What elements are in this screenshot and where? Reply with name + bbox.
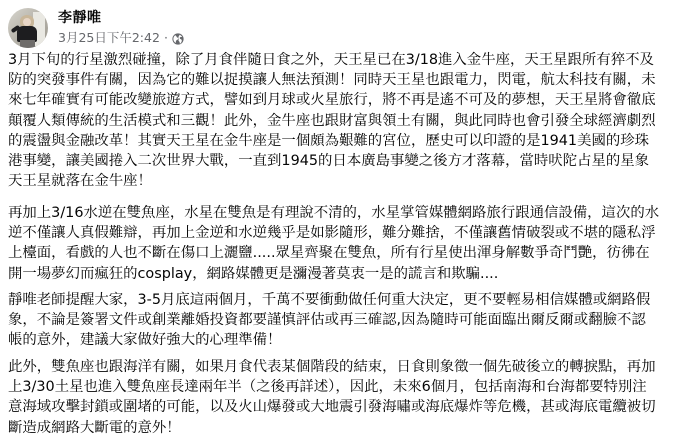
separator-dot: · bbox=[164, 29, 168, 47]
text-line: 帳的意外，建議大家做好強大的心理準備！ bbox=[8, 330, 650, 350]
author-avatar[interactable] bbox=[8, 8, 48, 48]
author-name[interactable]: 李靜唯 bbox=[58, 9, 184, 27]
text-line: 來七年確實有可能改變旅遊方式，譬如到月球或火星旅行，將不再是遙不可及的夢想，天王… bbox=[8, 90, 656, 110]
text-line: 逆不僅讓人真假難辯，再加上金逆和水逆幾乎是如影隨形，難分難捨，不僅讓舊情破裂或不… bbox=[8, 223, 659, 243]
text-line: 天王星就落在金牛座！ bbox=[8, 171, 656, 191]
text-line: 象，不論是簽署文件或創業離婚投資都要謹慎評估或再三確認,因為隨時可能面臨出爾反爾… bbox=[8, 310, 650, 330]
text-line: 港事變，讓美國捲入二次世界大戰，一直到1945的日本廣島事變之後方才落幕，當時吠… bbox=[8, 151, 656, 171]
text-line: 的震盪與金融改革！其實天王星在金牛座是一個頗為艱難的宮位，歷史可以印證的是194… bbox=[8, 131, 656, 151]
paragraph-pisces-ocean: 此外，雙魚座也跟海洋有關，如果月食代表某個階段的結束，日食則象徵一個先破後立的轉… bbox=[8, 357, 656, 438]
text-line: 斷造成網路大斷電的意外！ bbox=[8, 418, 656, 438]
text-line: 上3/30土星也進入雙魚座長達兩年半（之後再詳述），因此，未來6個月，包括南海和… bbox=[8, 377, 656, 397]
text-line: 防的突發事件有關，因為它的難以捉摸讓人無法預測！同時天王星也跟電力，閃電，航太科… bbox=[8, 70, 656, 90]
text-line: 意海域攻擊封鎖或圍堵的可能，以及火山爆發或大地震引發海嘯或海底爆炸等危機，甚或海… bbox=[8, 397, 656, 417]
text-line: 開一場夢幻而瘋狂的cosplay，網路媒體更是瀰漫著莫衷一是的謊言和欺騙.... bbox=[8, 264, 659, 284]
timestamp-row: 3月25日下午2:42 · bbox=[58, 29, 184, 47]
paragraph-uranus-taurus: 3月下旬的行星激烈碰撞，除了月食伴隨日食之外，天王星已在3/18進入金牛座，天王… bbox=[8, 50, 656, 191]
text-line: 顛覆人類傳統的生活模式和三觀！此外，金牛座也跟財富與領土有關，與此同時也會引發全… bbox=[8, 111, 656, 131]
paragraph-advice: 靜唯老師提醒大家，3-5月底這兩個月，千萬不要衝動做任何重大決定，更不要輕易相信… bbox=[8, 290, 650, 351]
globe-icon[interactable] bbox=[172, 32, 184, 44]
post-meta: 李靜唯 3月25日下午2:42 · bbox=[58, 9, 184, 47]
text-line: 再加上3/16水逆在雙魚座，水星在雙魚是有理說不清的，水星掌管媒體網路旅行跟通信… bbox=[8, 203, 659, 223]
paragraph-mercury-retrograde: 再加上3/16水逆在雙魚座，水星在雙魚是有理說不清的，水星掌管媒體網路旅行跟通信… bbox=[8, 203, 659, 284]
text-line: 靜唯老師提醒大家，3-5月底這兩個月，千萬不要衝動做任何重大決定，更不要輕易相信… bbox=[8, 290, 650, 310]
text-line: 上檯面，看戲的人也不斷在傷口上灑鹽.....眾星齊聚在雙魚，所有行星使出渾身解數… bbox=[8, 243, 659, 263]
text-line: 此外，雙魚座也跟海洋有關，如果月食代表某個階段的結束，日食則象徵一個先破後立的轉… bbox=[8, 357, 656, 377]
post-header: 李靜唯 3月25日下午2:42 · bbox=[8, 8, 184, 48]
text-line: 3月下旬的行星激烈碰撞，除了月食伴隨日食之外，天王星已在3/18進入金牛座，天王… bbox=[8, 50, 656, 70]
post-timestamp[interactable]: 3月25日下午2:42 bbox=[58, 29, 160, 47]
